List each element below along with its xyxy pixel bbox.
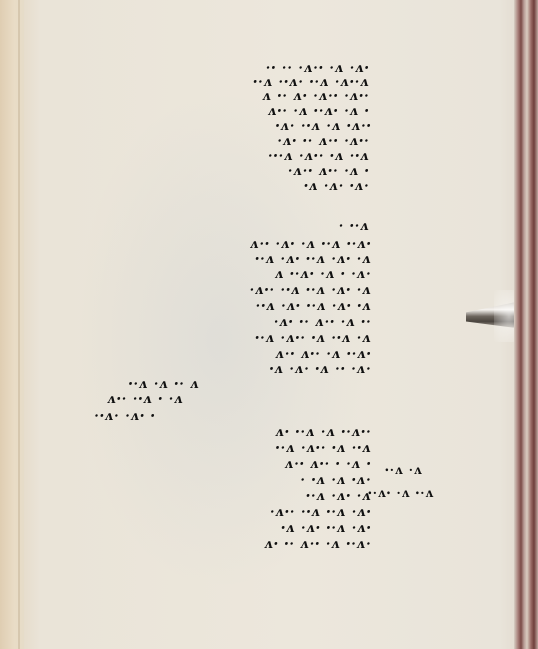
manuscript-line: ꞏ·ʌ · — [279, 216, 371, 230]
manuscript-line: ·ꞏʌ ·ʌ· ꞏʌ — [63, 176, 371, 190]
manuscript-photo: ꞏ ·· ·ʌ·ꞏ ·ʌ ·ʌꞏ· ꞏ·ʌ ·ꞏʌ· ꞏ·ʌ ·ʌꞏ·ʌ ·ʌ … — [0, 0, 538, 649]
book-gutter — [0, 0, 24, 649]
manuscript-line: ꞏʌ· ·ʌꞏ ꞏ· — [35, 406, 157, 420]
manuscript-line: ·ʌꞏ ꞏ· ʌ·ꞏ ·ʌꞏ· — [63, 131, 371, 145]
manuscript-line: ꞏ·ʌ ·ꞏʌ· ꞏ·ʌ ·ʌꞏ·ʌ — [57, 72, 371, 86]
manuscript-line: ʌ·ꞏ ·ʌꞏ ·ʌ ꞏ·ʌ ꞏ·ʌꞏ — [65, 234, 373, 248]
manuscript-line: ꞏ·ʌ ·ʌꞏ· ꞏʌ ·ꞏʌ· — [55, 146, 371, 160]
manuscript-line: ·ʌꞏ ꞏ· ʌ·ꞏ ·ʌ ꞏ·ʌ — [59, 534, 373, 548]
manuscript-line: ·ꞏʌ ·ʌ ꞏʌ · — [53, 470, 373, 484]
manuscript-line: ꞏ·ʌ ·ʌꞏ ·ʌ — [53, 486, 373, 500]
manuscript-line: ·ʌ ꞏ·ʌꞏ ·ʌ ꞏ ·ʌ — [63, 264, 373, 278]
margin-note: ꞏ·ʌꞏ ·ʌ ꞏ·ʌ — [368, 484, 434, 498]
book-binding-edge — [514, 0, 538, 649]
manuscript-line: ꞏ·ʌ ·ʌꞏ· ꞏʌ ·ꞏʌ — [29, 438, 373, 452]
gutter-fold-line — [18, 0, 20, 649]
manuscript-line: ʌꞏ· ·ꞏʌ ꞏ·ʌ ·ʌꞏ· — [53, 502, 373, 516]
manuscript-line: ʌꞏ· ·ʌ ꞏ·ʌꞏ ·ʌ ꞏ — [69, 101, 371, 115]
manuscript-line: ꞏʌ ·ʌꞏ ꞏ·ʌ ·ʌꞏ — [55, 518, 373, 532]
manuscript-text-block: ꞏ ·· ·ʌ·ꞏ ·ʌ ·ʌꞏ· ꞏ·ʌ ·ꞏʌ· ꞏ·ʌ ·ʌꞏ·ʌ ·ʌ … — [30, 50, 380, 610]
manuscript-line: ꞏ·ʌ ·ʌꞏ· ꞏʌ ·ꞏʌ ·ʌ — [63, 328, 373, 342]
manuscript-line: ꞏ·ʌ ·ʌꞏ ꞏ·ʌ ·ʌꞏ ·ʌ — [59, 249, 373, 263]
manuscript-line: ʌ·ꞏ ʌꞏ· ·ʌ ꞏ·ʌꞏ — [61, 344, 373, 358]
manuscript-line: ꞏʌ ·ʌꞏ ꞏ·ʌ ·ʌꞏ ꞏʌ· — [51, 296, 373, 310]
manuscript-line: ꞏ·ʌ ·ʌ ꞏ· ʌ — [39, 374, 201, 388]
manuscript-line: ·ʌ ꞏ· ʌꞏ ·ʌ·ꞏ ·ʌꞏ — [55, 86, 371, 100]
manuscript-line: ʌꞏ· ·ꞏʌ ꞏ ·ʌ — [33, 389, 185, 403]
manuscript-line: ʌ·ꞏ ʌꞏ· ·ʌ ꞏ· — [63, 161, 371, 175]
manuscript-line: ʌꞏ· ·ꞏʌ ꞏ·ʌ ·ʌꞏ ·ʌ· — [53, 280, 373, 294]
manuscript-line: ꞏ ·· ·ʌ·ꞏ ·ʌ ·ʌꞏ· — [59, 58, 371, 72]
margin-note: ꞏ·ʌ ·ʌ — [385, 461, 423, 475]
manuscript-line: ʌ·ꞏ ʌꞏ· ꞏ ·ʌ ꞏ — [49, 454, 373, 468]
manuscript-line: ·ʌꞏ ꞏ·ʌ ·ʌ ꞏ·ʌꞏ — [37, 422, 373, 436]
manuscript-line: ·ꞏʌ ·ʌ· ꞏʌ ·ꞏ ·ʌ — [59, 359, 373, 373]
manuscript-line: ꞏʌ· ·ꞏʌ ·ʌ ꞏʌ·ꞏ — [61, 116, 373, 130]
manuscript-line: ·ʌꞏ ꞏ· ʌ·ꞏ ·ʌ ꞏ· — [63, 312, 373, 326]
